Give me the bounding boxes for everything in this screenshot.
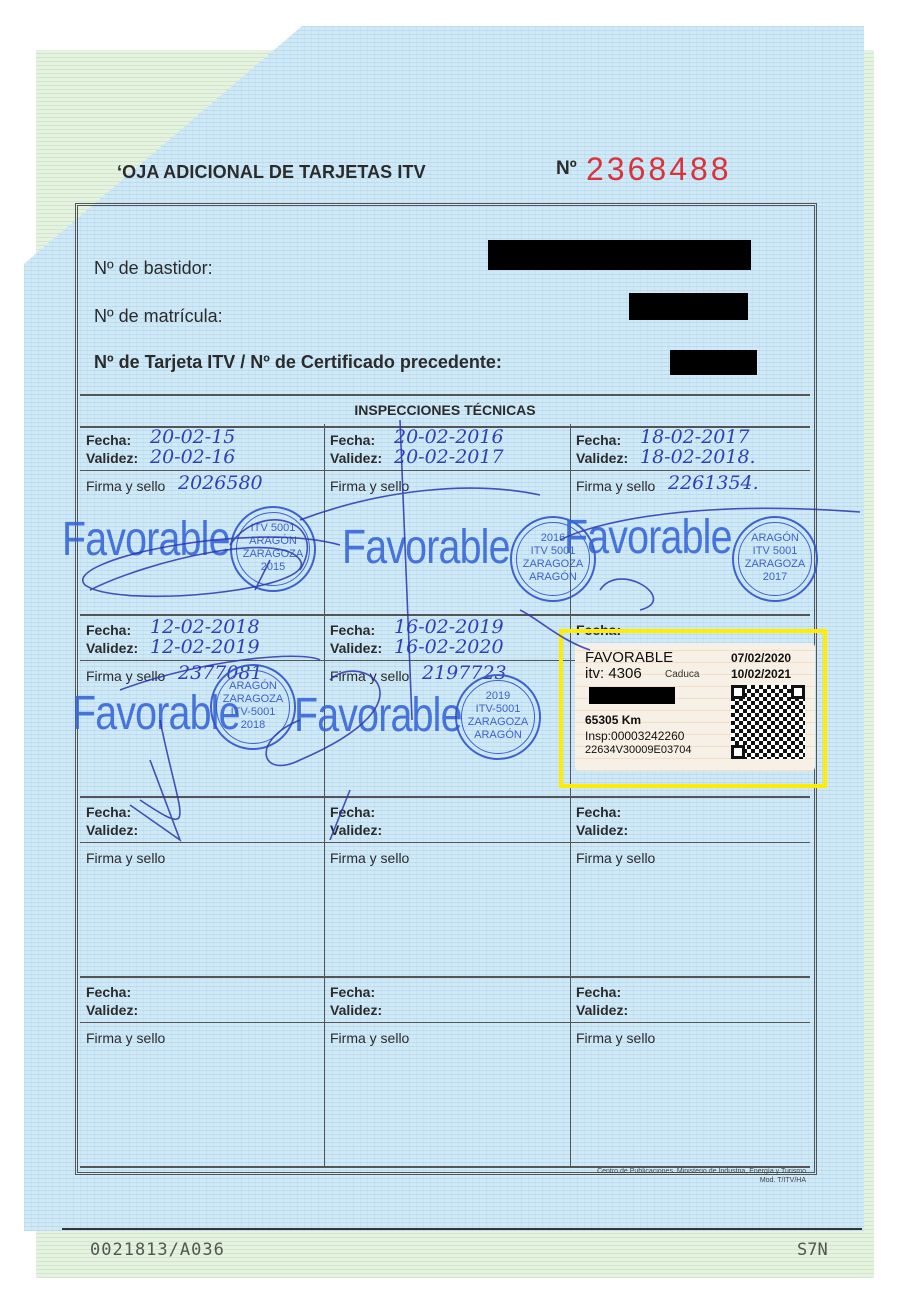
tarjeta-redacted [670, 350, 757, 375]
seal-line: ZARAGOZA [212, 693, 294, 706]
seal-line: ARAGÓN [734, 532, 816, 545]
sticker-date: 07/02/2020 [731, 651, 791, 665]
seal-line: ARAGÓN [212, 680, 294, 693]
cell-header: Fecha:Validez: [570, 796, 810, 843]
sticker-expiry: 10/02/2021 [731, 667, 791, 681]
firma-value: 2261354. [668, 472, 759, 494]
fecha-value: 18-02-2017 [640, 426, 750, 448]
seal-line: ZARAGOZA [457, 716, 539, 729]
sticker-caduca-label: Caduca [665, 669, 699, 680]
itv-seal: ARAGÓNZARAGOZAITV-50012018 [210, 664, 296, 750]
validez-label: Validez: [330, 450, 382, 466]
firma-label: Firma y sello [576, 850, 655, 866]
seal-line: ARAGÓN [457, 729, 539, 742]
firma-label: Firma y sello [330, 478, 409, 494]
fecha-label: Fecha: [330, 432, 375, 448]
seal-line: ZARAGOZA [232, 548, 314, 561]
firma-value: 2026580 [178, 472, 263, 494]
seal-line: ARAGÓN [512, 571, 594, 584]
seal-line: ITV-5001 [212, 706, 294, 719]
validez-label: Validez: [86, 450, 138, 466]
firma-label: Firma y sello [86, 668, 165, 684]
inspection-cell: Fecha:Validez:Firma y sello [324, 796, 571, 976]
fecha-label: Fecha: [330, 622, 375, 638]
seal-line: 2017 [734, 571, 816, 584]
validez-label: Validez: [576, 450, 628, 466]
fecha-value: 20-02-2016 [394, 426, 504, 448]
validez-label: Validez: [86, 1002, 138, 1018]
firma-label: Firma y sello [330, 668, 409, 684]
fecha-label: Fecha: [576, 432, 621, 448]
validez-label: Validez: [576, 1002, 628, 1018]
itv-seal: 2019ITV-5001ZARAGOZAARAGÓN [455, 674, 541, 760]
inspection-cell: Fecha:Validez:Firma y sello [570, 796, 810, 976]
sticker-plate-redacted [589, 687, 675, 704]
inspection-cell: Fecha:Validez:Firma y sello [80, 976, 325, 1166]
qr-code-icon [731, 685, 805, 759]
fecha-label: Fecha: [86, 804, 131, 820]
fecha-label: Fecha: [330, 984, 375, 1000]
bastidor-redacted [488, 240, 751, 270]
favorable-stamp: Favorable [62, 512, 230, 567]
seal-line: ITV 5001 [734, 545, 816, 558]
itv-seal: ARAGÓNITV 5001ZARAGOZA2017 [732, 516, 818, 602]
serial-number: 0021813/A036 [90, 1240, 225, 1260]
fecha-label: Fecha: [576, 804, 621, 820]
matricula-redacted [629, 293, 748, 320]
firma-label: Firma y sello [576, 1030, 655, 1046]
fecha-label: Fecha: [330, 804, 375, 820]
inspections-title: INSPECCIONES TÉCNICAS [80, 402, 810, 418]
validez-label: Validez: [330, 822, 382, 838]
inspection-cell: Fecha:Validez:Firma y sello [570, 976, 810, 1166]
fecha-value: 12-02-2018 [150, 616, 260, 638]
validez-label: Validez: [86, 640, 138, 656]
sticker-result: FAVORABLE [585, 649, 673, 666]
validez-value: 20-02-2017 [394, 446, 504, 468]
inspection-row: Fecha:Validez:Firma y selloFecha:Validez… [80, 796, 810, 978]
validez-value: 16-02-2020 [394, 636, 504, 658]
series-code: S7N [797, 1240, 828, 1260]
inspection-row: Fecha:Validez:Firma y selloFecha:Validez… [80, 976, 810, 1168]
fecha-label: Fecha: [86, 984, 131, 1000]
document-number-label: Nº [556, 158, 577, 180]
tarjeta-label: Nº de Tarjeta ITV / Nº de Certificado pr… [94, 352, 502, 373]
inspections-header: INSPECCIONES TÉCNICAS [80, 394, 810, 428]
cell-header: Fecha:Validez: [324, 796, 570, 843]
document-title: ʻOJA ADICIONAL DE TARJETAS ITV [117, 162, 426, 183]
inspection-cell: Fecha:Validez:Firma y sello [324, 976, 571, 1166]
cell-header: Fecha:Validez:16-02-201916-02-2020 [324, 614, 570, 661]
favorable-stamp: Favorable [564, 510, 732, 565]
seal-line: ARAGÓN [232, 535, 314, 548]
cell-header: Fecha:Validez:18-02-201718-02-2018. [570, 424, 810, 471]
publisher-footer: Centro de Publicaciones. Ministerio de I… [597, 1167, 806, 1185]
fecha-value: 20-02-15 [150, 426, 235, 448]
document-number: 2368488 [586, 151, 732, 188]
seal-line: ITV-5001 [457, 703, 539, 716]
sticker-insp: Insp:00003242260 [585, 729, 684, 743]
cell-header: Fecha:Validez:20-02-1520-02-16 [80, 424, 324, 471]
validez-value: 20-02-16 [150, 446, 235, 468]
firma-label: Firma y sello [330, 1030, 409, 1046]
seal-line: 2018 [212, 719, 294, 732]
validez-label: Validez: [330, 640, 382, 656]
fecha-label: Fecha: [576, 984, 621, 1000]
publisher-text: Centro de Publicaciones. Ministerio de I… [597, 1167, 806, 1176]
fecha-label: Fecha: [86, 432, 131, 448]
cell-header: Fecha:Validez: [80, 796, 324, 843]
sticker-highlight: FAVORABLE itv: 4306 Caduca 07/02/2020 10… [559, 629, 827, 788]
cell-header: Fecha:Validez: [570, 976, 810, 1023]
cell-header: Fecha:Validez:20-02-201620-02-2017 [324, 424, 570, 471]
inspection-cell: Fecha:Validez:Firma y sello [80, 796, 325, 976]
matricula-label: Nº de matrícula: [94, 306, 223, 327]
favorable-stamp: Favorable [342, 520, 510, 575]
validez-label: Validez: [576, 822, 628, 838]
cell-header: Fecha:Validez:12-02-201812-02-2019 [80, 614, 324, 661]
firma-label: Firma y sello [576, 478, 655, 494]
firma-label: Firma y sello [86, 850, 165, 866]
fecha-label: Fecha: [86, 622, 131, 638]
validez-value: 18-02-2018. [640, 446, 756, 468]
itv-sticker: FAVORABLE itv: 4306 Caduca 07/02/2020 10… [575, 643, 815, 771]
firma-label: Firma y sello [86, 1030, 165, 1046]
fecha-value: 16-02-2019 [394, 616, 504, 638]
bastidor-label: Nº de bastidor: [94, 258, 213, 279]
seal-line: 2019 [457, 690, 539, 703]
firma-label: Firma y sello [86, 478, 165, 494]
cell-header: Fecha:Validez: [80, 976, 324, 1023]
sticker-itv: itv: 4306 [585, 665, 642, 682]
seal-line: ZARAGOZA [734, 558, 816, 571]
seal-line: 2015 [232, 561, 314, 574]
validez-value: 12-02-2019 [150, 636, 260, 658]
favorable-stamp: Favorable [294, 688, 462, 743]
seal-line: ITV 5001 [232, 522, 314, 535]
firma-label: Firma y sello [330, 850, 409, 866]
cell-header: Fecha:Validez: [324, 976, 570, 1023]
sticker-code: 22634V30009E03704 [585, 744, 691, 756]
validez-label: Validez: [86, 822, 138, 838]
sheet-edge [62, 1228, 862, 1230]
itv-seal: ITV 5001ARAGÓNZARAGOZA2015 [230, 506, 316, 592]
sticker-km: 65305 Km [585, 713, 641, 727]
validez-label: Validez: [330, 1002, 382, 1018]
model-code: Mod. T/ITV/HA [597, 1176, 806, 1185]
